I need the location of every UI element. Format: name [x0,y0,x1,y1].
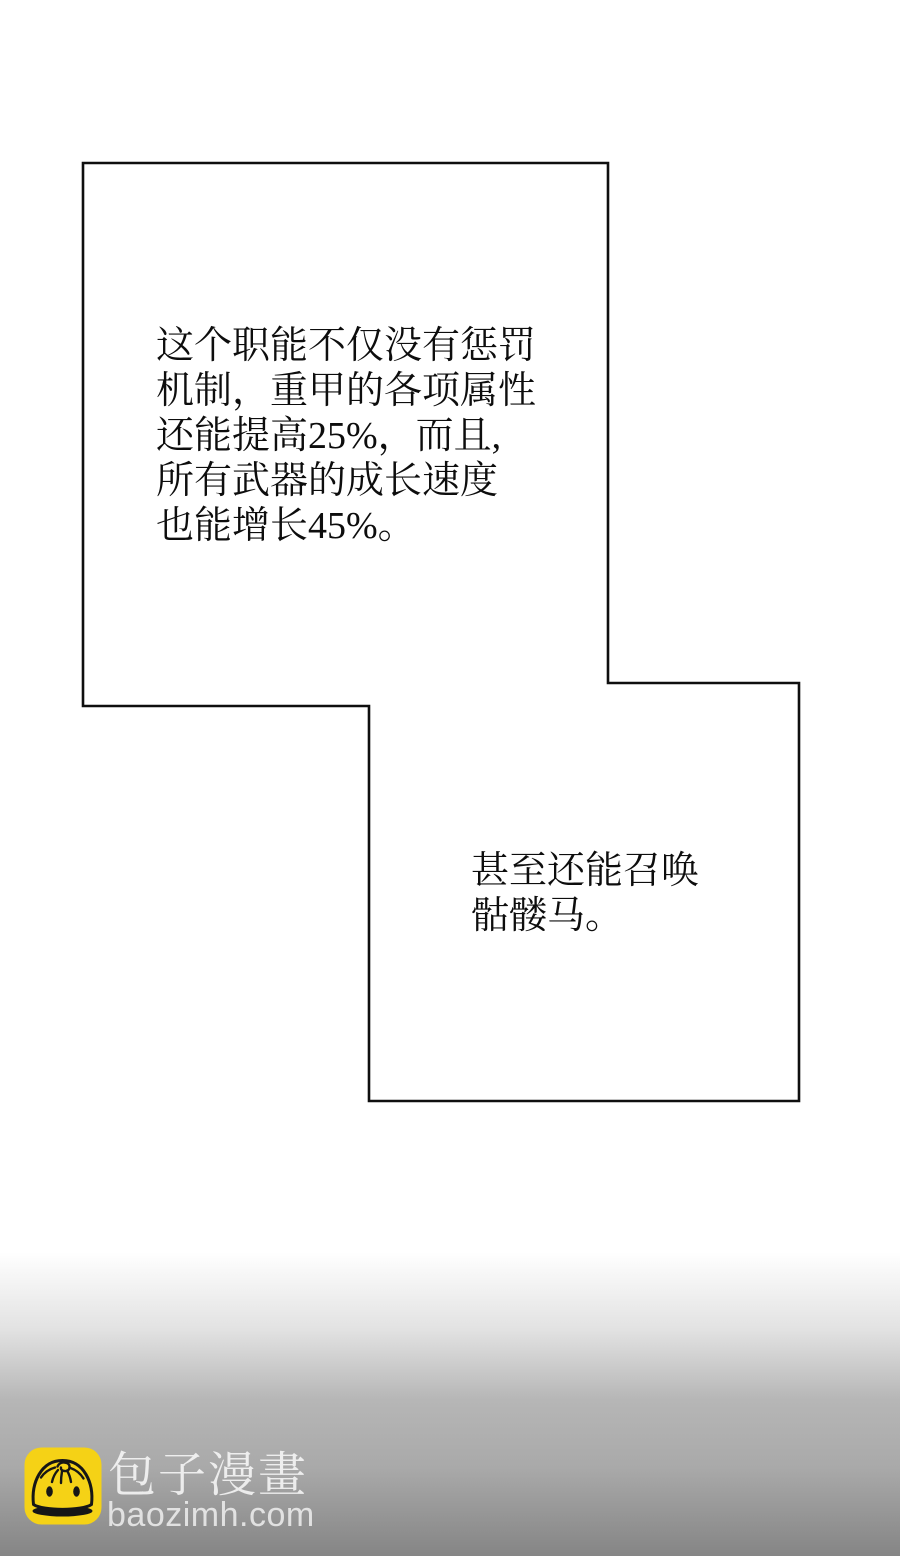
speech-line: 还能提高25%，而且, [156,414,536,459]
speech-line: 骷髅马。 [471,894,699,939]
baozi-mascot-icon [24,1447,102,1525]
speech-line: 所有武器的成长速度 [156,459,536,504]
speech-line: 甚至还能召唤 [471,849,699,894]
speech-text-panel-1: 这个职能不仅没有惩罚 机制，重甲的各项属性 还能提高25%，而且, 所有武器的成… [156,324,536,549]
speech-line: 机制，重甲的各项属性 [156,369,536,414]
speech-line: 也能增长45%。 [156,504,536,549]
panel-union-shape [83,163,799,1101]
speech-text-panel-2: 甚至还能召唤 骷髅马。 [471,849,699,939]
watermark-site-name: 包子漫畫 [108,1451,308,1500]
watermark: 包子漫畫 baozimh.com [0,1440,480,1540]
watermark-site-url: baozimh.com [107,1498,315,1532]
speech-line: 这个职能不仅没有惩罚 [156,324,536,369]
panel-outline [0,0,900,1556]
comic-page: 这个职能不仅没有惩罚 机制，重甲的各项属性 还能提高25%，而且, 所有武器的成… [0,0,900,1556]
